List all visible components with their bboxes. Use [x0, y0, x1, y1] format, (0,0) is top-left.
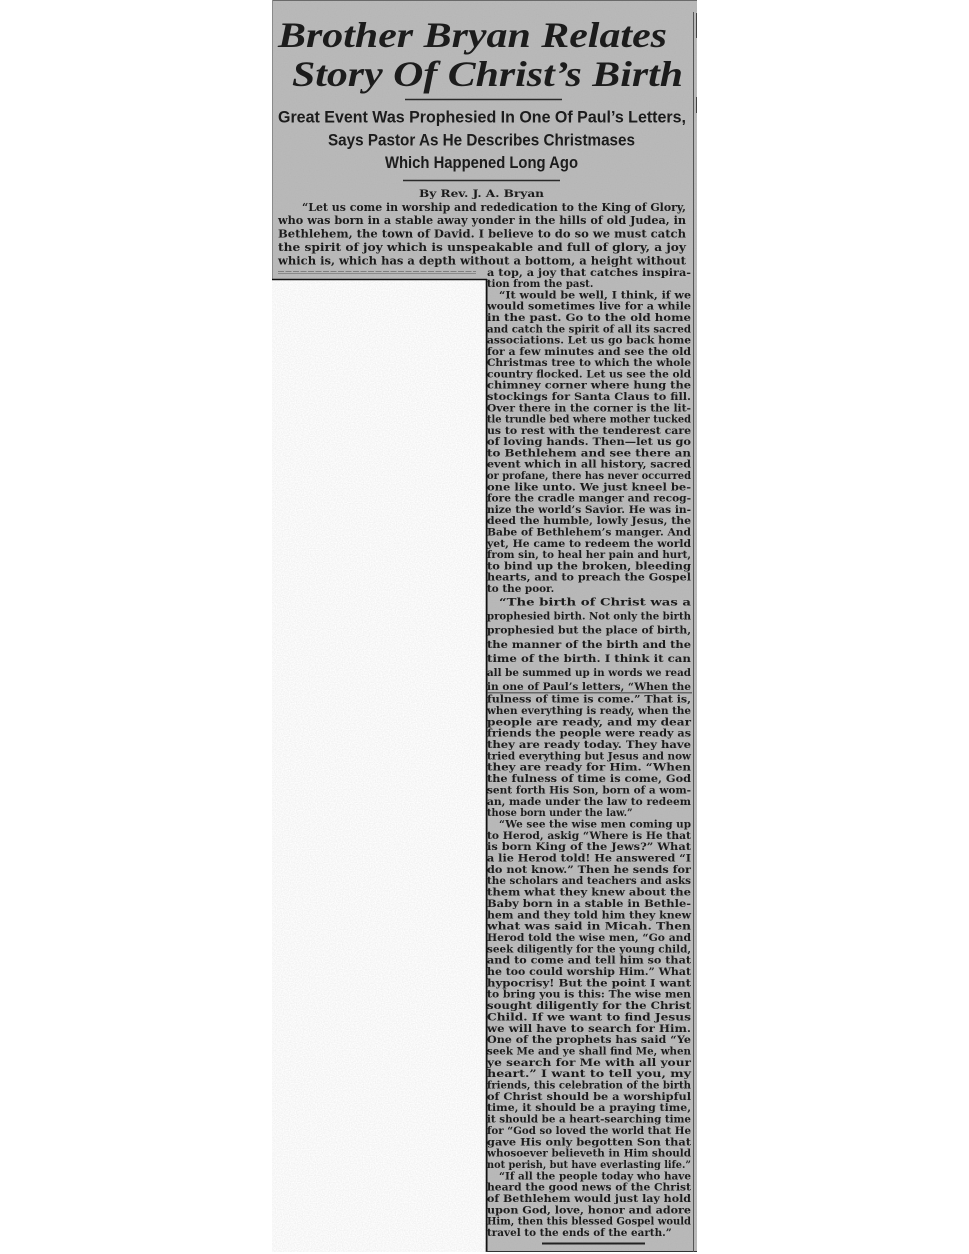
article-text-line: Child. If we want to find Jesus: [487, 1011, 691, 1023]
article-text-line: Christmas tree to which the whole: [487, 357, 692, 369]
newspaper-clipping: Brother Bryan Relates Story Of Christ’s …: [0, 0, 969, 1254]
article-text-line: nize the world’s Savior. He was in-: [487, 504, 691, 516]
article-text-line: Over there in the corner is the lit-: [487, 402, 691, 414]
headline: Brother Bryan Relates Story Of Christ’s …: [277, 15, 683, 94]
article-text-line: of Bethlehem would just lay hold: [487, 1193, 691, 1205]
article-text-line: hearts, and to preach the Gospel: [487, 572, 691, 584]
article-text-line: stockings for Santa Claus to fill.: [487, 391, 691, 403]
article-text-line: tried everything but Jesus and now: [487, 750, 691, 762]
article-text-line: heard the good news of the Christ: [487, 1182, 691, 1194]
article-text-line: what was said in Micah. Then: [486, 921, 692, 933]
deck-line: Says Pastor As He Describes Christmases: [328, 131, 635, 150]
article-text-line: a lie Herod told! He answered “I: [487, 853, 691, 865]
article-text-line: country flocked. Let us see the old: [487, 368, 691, 380]
deck-line: Which Happened Long Ago: [385, 153, 578, 172]
article-text-line: Herod told the wise men, “Go and: [487, 932, 691, 944]
article-text-line: for a few minutes and see the old: [487, 346, 691, 358]
article-text-line: “It would be well, I think, if we: [499, 289, 692, 301]
paragraph: “We see the wise men coming upto Herod, …: [486, 819, 693, 1172]
article-text-line: to Bethlehem and see there an: [487, 448, 692, 460]
article-text-line: the scholars and teachers and asks: [487, 875, 691, 887]
article-text-line: prophesied but the place of birth,: [487, 625, 691, 637]
article-text-line: or profane, there has never occurred: [487, 470, 691, 482]
article-text-line: all be summed up in words we read: [487, 667, 691, 679]
article-text-line: seek Me and ye shall find Me, when: [487, 1046, 692, 1058]
article-text-line: them what they knew about the: [487, 887, 692, 899]
article-text-line: not perish, but have everlasting life.”: [487, 1159, 691, 1171]
article-text-line: and catch the spirit of all its sacred: [487, 323, 691, 335]
article-text-line: friends, this celebration of the birth: [487, 1080, 692, 1092]
article-text-line: gave His only begotten Son that: [487, 1136, 691, 1148]
article-text-line: to Herod, askig “Where is He that: [487, 830, 691, 842]
article-text-line: time of the birth. I think it can: [487, 653, 692, 665]
article-text-line: hypocrisy! But the point I want: [487, 977, 691, 989]
article-text-line: Babe of Bethlehem’s manger. And: [487, 527, 691, 539]
article-text-line: they are ready for Him. “When: [487, 762, 692, 774]
article-text-line: fulness of time is come.” That is,: [487, 694, 691, 706]
article-text-line: tle trundle bed where mother tucked: [487, 414, 691, 426]
article-text-line: prophesied birth. Not only the birth: [487, 611, 692, 623]
article-text-line: Him, then this blessed Gospel would: [487, 1216, 691, 1228]
article-text-line: whosoever believeth in Him should: [486, 1148, 691, 1160]
article-text-line: chimney corner where hung the: [487, 380, 692, 392]
paragraph: “It would be well, I think, if wewould s…: [486, 289, 692, 595]
article-text-line: for “God so loved the world that He: [487, 1125, 692, 1137]
article-text-line: deed the humble, lowly Jesus, the: [487, 515, 692, 527]
article-text-line: time, it should be a praying time,: [487, 1102, 691, 1114]
article-text-line: ye search for Me with all your: [486, 1057, 692, 1069]
article-text-line: fore the cradle manger and recog-: [487, 493, 691, 505]
article-text-line: those born under the law.”: [487, 807, 633, 819]
article-text-line: of Christ should be a worshipful: [487, 1091, 691, 1103]
article-text-line: the fulness of time is come, God: [487, 773, 691, 785]
article-text-line: he too could worship Him.” What: [487, 966, 691, 978]
article-text-line: tion from the past.: [487, 278, 593, 290]
article-text-line: to the poor.: [487, 583, 554, 595]
article-text-line: associations. Let us go back home: [487, 335, 692, 347]
article-text-line: travel to the ends of the earth.”: [487, 1227, 672, 1239]
article-text-line: in one of Paul’s letters, “When the: [487, 681, 692, 693]
article-text-line: yet, He came to redeem the world: [486, 538, 691, 550]
article-text-line: would sometimes live for a while: [486, 301, 692, 313]
headline-line: Story Of Christ’s Birth: [292, 54, 683, 94]
article-text-line: heart.” I want to tell you, my: [487, 1068, 692, 1080]
article-text-line: us to rest with the tenderest care: [487, 425, 692, 437]
article-text-line: do not know.” Then he sends for: [487, 864, 692, 876]
article-text-line: which is, which has a depth without a bo…: [277, 254, 687, 267]
article-text-line: “If all the people today who have: [499, 1170, 692, 1182]
article-text-line: hem and they told him they knew: [487, 909, 691, 921]
paragraph: “If all the people today who haveheard t…: [487, 1170, 692, 1239]
article-text-line: and to come and tell him so that: [487, 955, 691, 967]
article-text-line: one like unto. We just kneel be-: [487, 481, 691, 493]
byline: By Rev. J. A. Bryan: [419, 188, 544, 200]
article-text-line: to bind up the broken, bleeding: [487, 560, 691, 572]
article-text-line: “Let us come in worship and rededication…: [302, 201, 686, 214]
article-text-line: seek diligently for the young child,: [487, 943, 691, 955]
article-text-line: event which in all history, sacred: [487, 459, 691, 471]
article-text-line: it should be a heart-searching time: [487, 1114, 692, 1126]
article-text-line: in the past. Go to the old home: [487, 312, 692, 324]
article-text-line: from sin, to heal her pain and hurt,: [487, 549, 691, 561]
deck-line: Great Event Was Prophesied In One Of Pau…: [278, 108, 686, 127]
article-text-line: One of the prophets has said “Ye: [487, 1034, 692, 1046]
article-text-line: the spirit of joy which is unspeakable a…: [278, 241, 687, 254]
article-text-line: people are ready, and my dear: [487, 716, 692, 728]
article-text-line: sought diligently for the Christ: [487, 1000, 691, 1012]
article-text-line: upon God, love, honor and adore: [487, 1204, 692, 1216]
article-text-line: is born King of the Jews?” What: [487, 841, 691, 853]
article-text-line: Baby born in a stable in Bethle-: [487, 898, 691, 910]
article-text-line: who was born in a stable away yonder in …: [277, 214, 686, 227]
article-text-line: an, made under the law to redeem: [487, 796, 691, 808]
article-text-line: “The birth of Christ was a: [499, 597, 692, 609]
article-text-line: of loving hands. Then—let us go: [487, 436, 691, 448]
article-text-line: when everything is ready, when the: [486, 705, 692, 717]
article-text-line: the manner of the birth and the: [487, 639, 692, 651]
article-text-line: to bring you is this: The wise men: [487, 989, 692, 1001]
article-text-line: “We see the wise men coming up: [499, 819, 691, 831]
article-text-line: friends the people were ready as: [487, 728, 691, 740]
article-text-line: they are ready today. They have: [487, 739, 692, 751]
paragraph: “The birth of Christ was aprophesied bir…: [486, 597, 692, 820]
article-body: “Let us come in worship and rededication…: [277, 201, 692, 1239]
article-text-line: sent forth His Son, born of a wom-: [487, 784, 691, 796]
article-text-line: we will have to search for Him.: [486, 1023, 691, 1035]
article-text-line: Bethlehem, the town of David. I believe …: [278, 228, 686, 241]
headline-line: Brother Bryan Relates: [277, 15, 667, 55]
